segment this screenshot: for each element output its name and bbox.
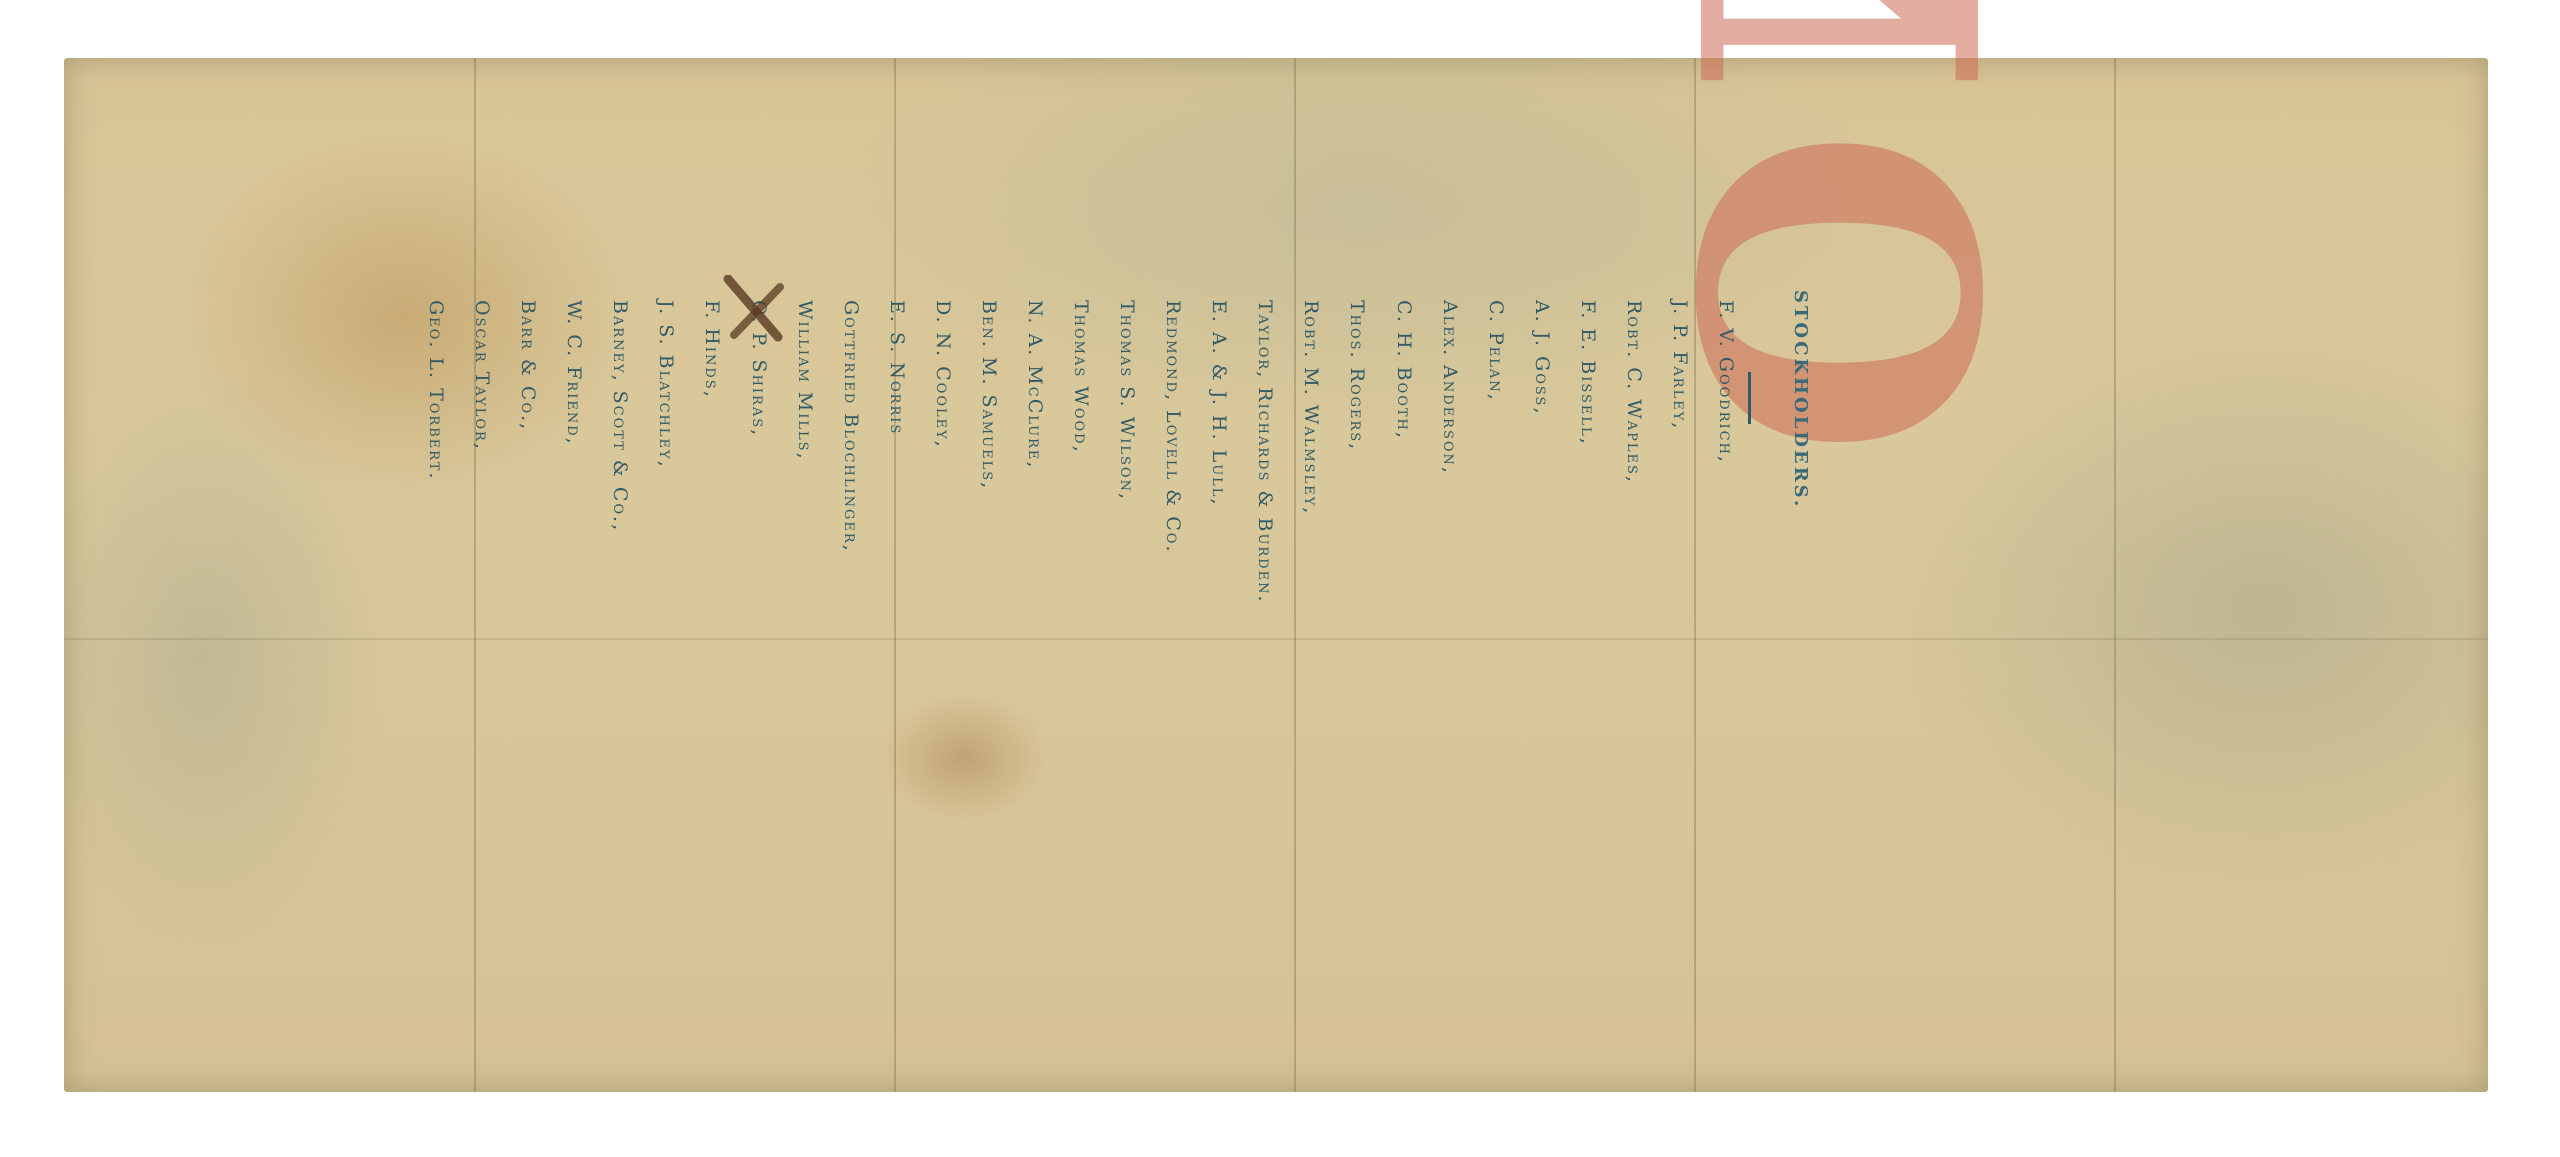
red-denomination-show-through: ONE — [1644, 0, 2024, 458]
stockholder-entry: F. E. Bissell, — [1577, 300, 1599, 446]
stockholder-entry: J. S. Blatchley, — [655, 300, 677, 469]
stockholder-entry: A. J. Goss, — [1531, 300, 1553, 415]
stockholder-entry: E. S. Norris — [886, 300, 908, 435]
stockholder-entry: Redmond, Lovell & Co. — [1162, 300, 1184, 553]
fold-crease — [2114, 58, 2116, 1092]
stockholder-entry: Robt. C. Waples, — [1623, 300, 1645, 484]
stockholder-entry: Taylor, Richards & Burden. — [1254, 300, 1276, 604]
stockholder-entry: Ben. M. Samuels, — [978, 300, 1000, 490]
stockholder-entry: C. Pelan, — [1485, 300, 1507, 402]
banknote-reverse: ONE — [64, 58, 2488, 1092]
stockholder-entry: Robt. M. Walmsley, — [1300, 300, 1322, 515]
pen-x-mark-icon — [720, 275, 790, 345]
fold-crease — [894, 58, 896, 1092]
stockholder-entry: F. V. Goodrich, — [1715, 300, 1737, 464]
heading-rule — [1748, 372, 1751, 424]
stockholder-entry: W. C. Friend, — [563, 300, 585, 446]
stockholder-entry: C. H. Booth, — [1393, 300, 1415, 440]
stockholder-entry: William Mills, — [794, 300, 816, 461]
fold-crease — [1294, 58, 1296, 1092]
stockholder-entry: Thos. Rogers, — [1346, 300, 1368, 451]
stockholder-entry: Thomas S. Wilson, — [1116, 300, 1138, 501]
stockholder-entry: Barney, Scott & Co., — [609, 300, 631, 532]
stockholder-entry: Oscar Taylor, — [471, 300, 493, 451]
stockholder-entry: Gottfried Blochlinger, — [840, 300, 862, 553]
stockholder-entry: Barr & Co., — [517, 300, 539, 431]
stockholder-entry: Thomas Wood, — [1070, 300, 1092, 454]
stockholders-heading: STOCKHOLDERS. — [1790, 290, 1811, 509]
stockholder-entry: N. A. McClure, — [1024, 300, 1046, 469]
stockholder-entry: J. P. Farley, — [1669, 300, 1691, 430]
stockholder-entry: E. A. & J. H. Lull, — [1208, 300, 1230, 506]
stockholder-entry: D. N. Cooley, — [932, 300, 954, 449]
stockholder-entry: Geo. L. Torbert. — [425, 300, 447, 481]
fold-crease — [64, 638, 2488, 640]
fold-crease — [474, 58, 476, 1092]
stockholder-entry: Alex. Anderson, — [1439, 300, 1461, 475]
